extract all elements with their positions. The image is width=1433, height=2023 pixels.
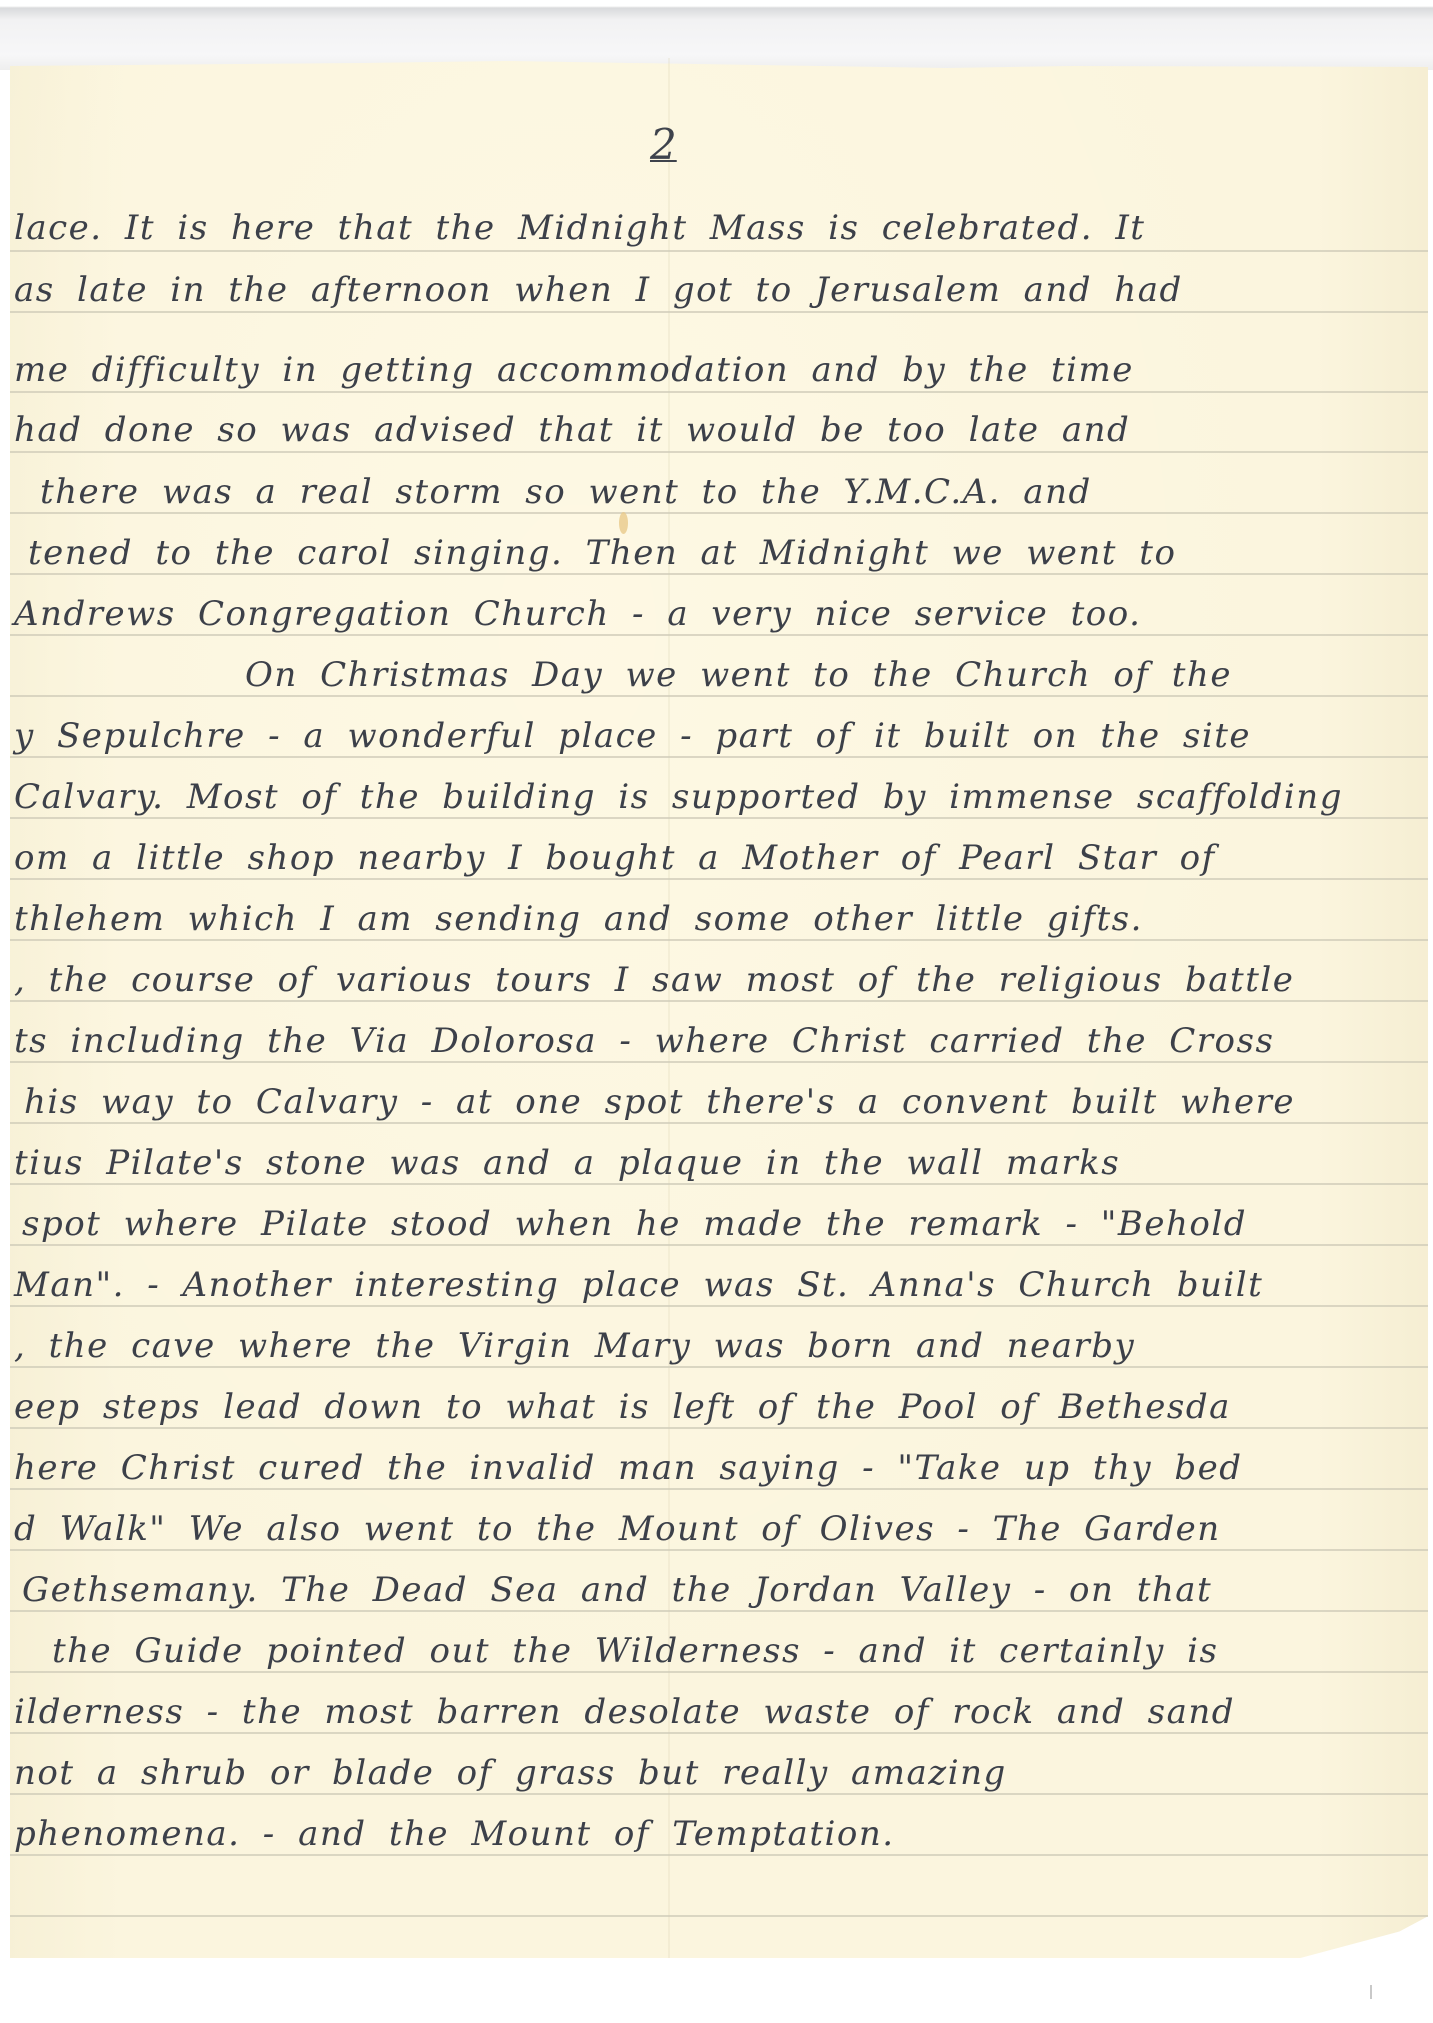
letter-line: had done so was advised that it would be… [14, 410, 1130, 450]
scan-artifact [1370, 1985, 1372, 1999]
ruled-line [10, 1793, 1428, 1795]
ruled-line [10, 451, 1428, 453]
letter-line: here Christ cured the invalid man saying… [14, 1448, 1243, 1488]
letter-line: Gethsemany. The Dead Sea and the Jordan … [22, 1570, 1212, 1610]
ruled-line [10, 817, 1428, 819]
ruled-line [10, 1610, 1428, 1612]
letter-paragraph-start: On Christmas Day we went to the Church o… [245, 655, 1232, 695]
letter-line: his way to Calvary - at one spot there's… [24, 1082, 1295, 1122]
page-number: 2 [650, 120, 677, 169]
letter-line: d Walk" We also went to the Mount of Oli… [14, 1509, 1221, 1549]
letter-line: ilderness - the most barren desolate was… [14, 1692, 1235, 1732]
letter-line: eep steps lead down to what is left of t… [14, 1387, 1231, 1427]
ruled-line [10, 250, 1428, 252]
letter-line: tius Pilate's stone was and a plaque in … [14, 1143, 1120, 1183]
ruled-line [10, 573, 1428, 575]
letter-line: Andrews Congregation Church - a very nic… [14, 594, 1141, 634]
letter-line: Calvary. Most of the building is support… [14, 777, 1343, 817]
ruled-line [10, 1488, 1428, 1490]
letter-line: thlehem which I am sending and some othe… [14, 899, 1143, 939]
letter-line: lace. It is here that the Midnight Mass … [14, 208, 1145, 248]
ruled-line [10, 695, 1428, 697]
ruled-line [10, 939, 1428, 941]
scan-background-top [0, 0, 1433, 70]
ruled-line [10, 1000, 1428, 1002]
ink-stain [619, 512, 628, 534]
ruled-line [10, 512, 1428, 514]
letter-paper [10, 58, 1428, 1958]
ruled-line [10, 1122, 1428, 1124]
letter-line: , the course of various tours I saw most… [14, 960, 1294, 1000]
letter-line: om a little shop nearby I bought a Mothe… [14, 838, 1216, 878]
letter-line: as late in the afternoon when I got to J… [14, 270, 1183, 310]
letter-line: there was a real storm so went to the Y.… [40, 472, 1092, 512]
ruled-line [10, 1427, 1428, 1429]
ruled-line [10, 1244, 1428, 1246]
ruled-line [10, 1305, 1428, 1307]
ruled-line [10, 1549, 1428, 1551]
letter-line: the Guide pointed out the Wilderness - a… [52, 1631, 1218, 1671]
ruled-line [10, 311, 1428, 313]
ruled-line [10, 1366, 1428, 1368]
letter-line: me difficulty in getting accommodation a… [14, 350, 1134, 390]
letter-line: y Sepulchre - a wonderful place - part o… [14, 716, 1251, 756]
ruled-line [10, 1671, 1428, 1673]
ruled-line [10, 391, 1428, 393]
ruled-line [10, 1061, 1428, 1063]
ruled-line [10, 878, 1428, 880]
letter-line: spot where Pilate stood when he made the… [22, 1204, 1247, 1244]
letter-line: ts including the Via Dolorosa - where Ch… [14, 1021, 1274, 1061]
letter-line: , the cave where the Virgin Mary was bor… [14, 1326, 1135, 1366]
letter-line: not a shrub or blade of grass but really… [14, 1753, 1007, 1793]
ruled-line [10, 634, 1428, 636]
paper-fold-crease [668, 58, 670, 1958]
letter-line: Man". - Another interesting place was St… [14, 1265, 1263, 1305]
letter-line: phenomena. - and the Mount of Temptation… [14, 1814, 895, 1854]
ruled-line [10, 1915, 1428, 1917]
ruled-line [10, 1183, 1428, 1185]
ruled-line [10, 1732, 1428, 1734]
ruled-line [10, 756, 1428, 758]
letter-line: tened to the carol singing. Then at Midn… [28, 533, 1176, 573]
ruled-line [10, 1854, 1428, 1856]
